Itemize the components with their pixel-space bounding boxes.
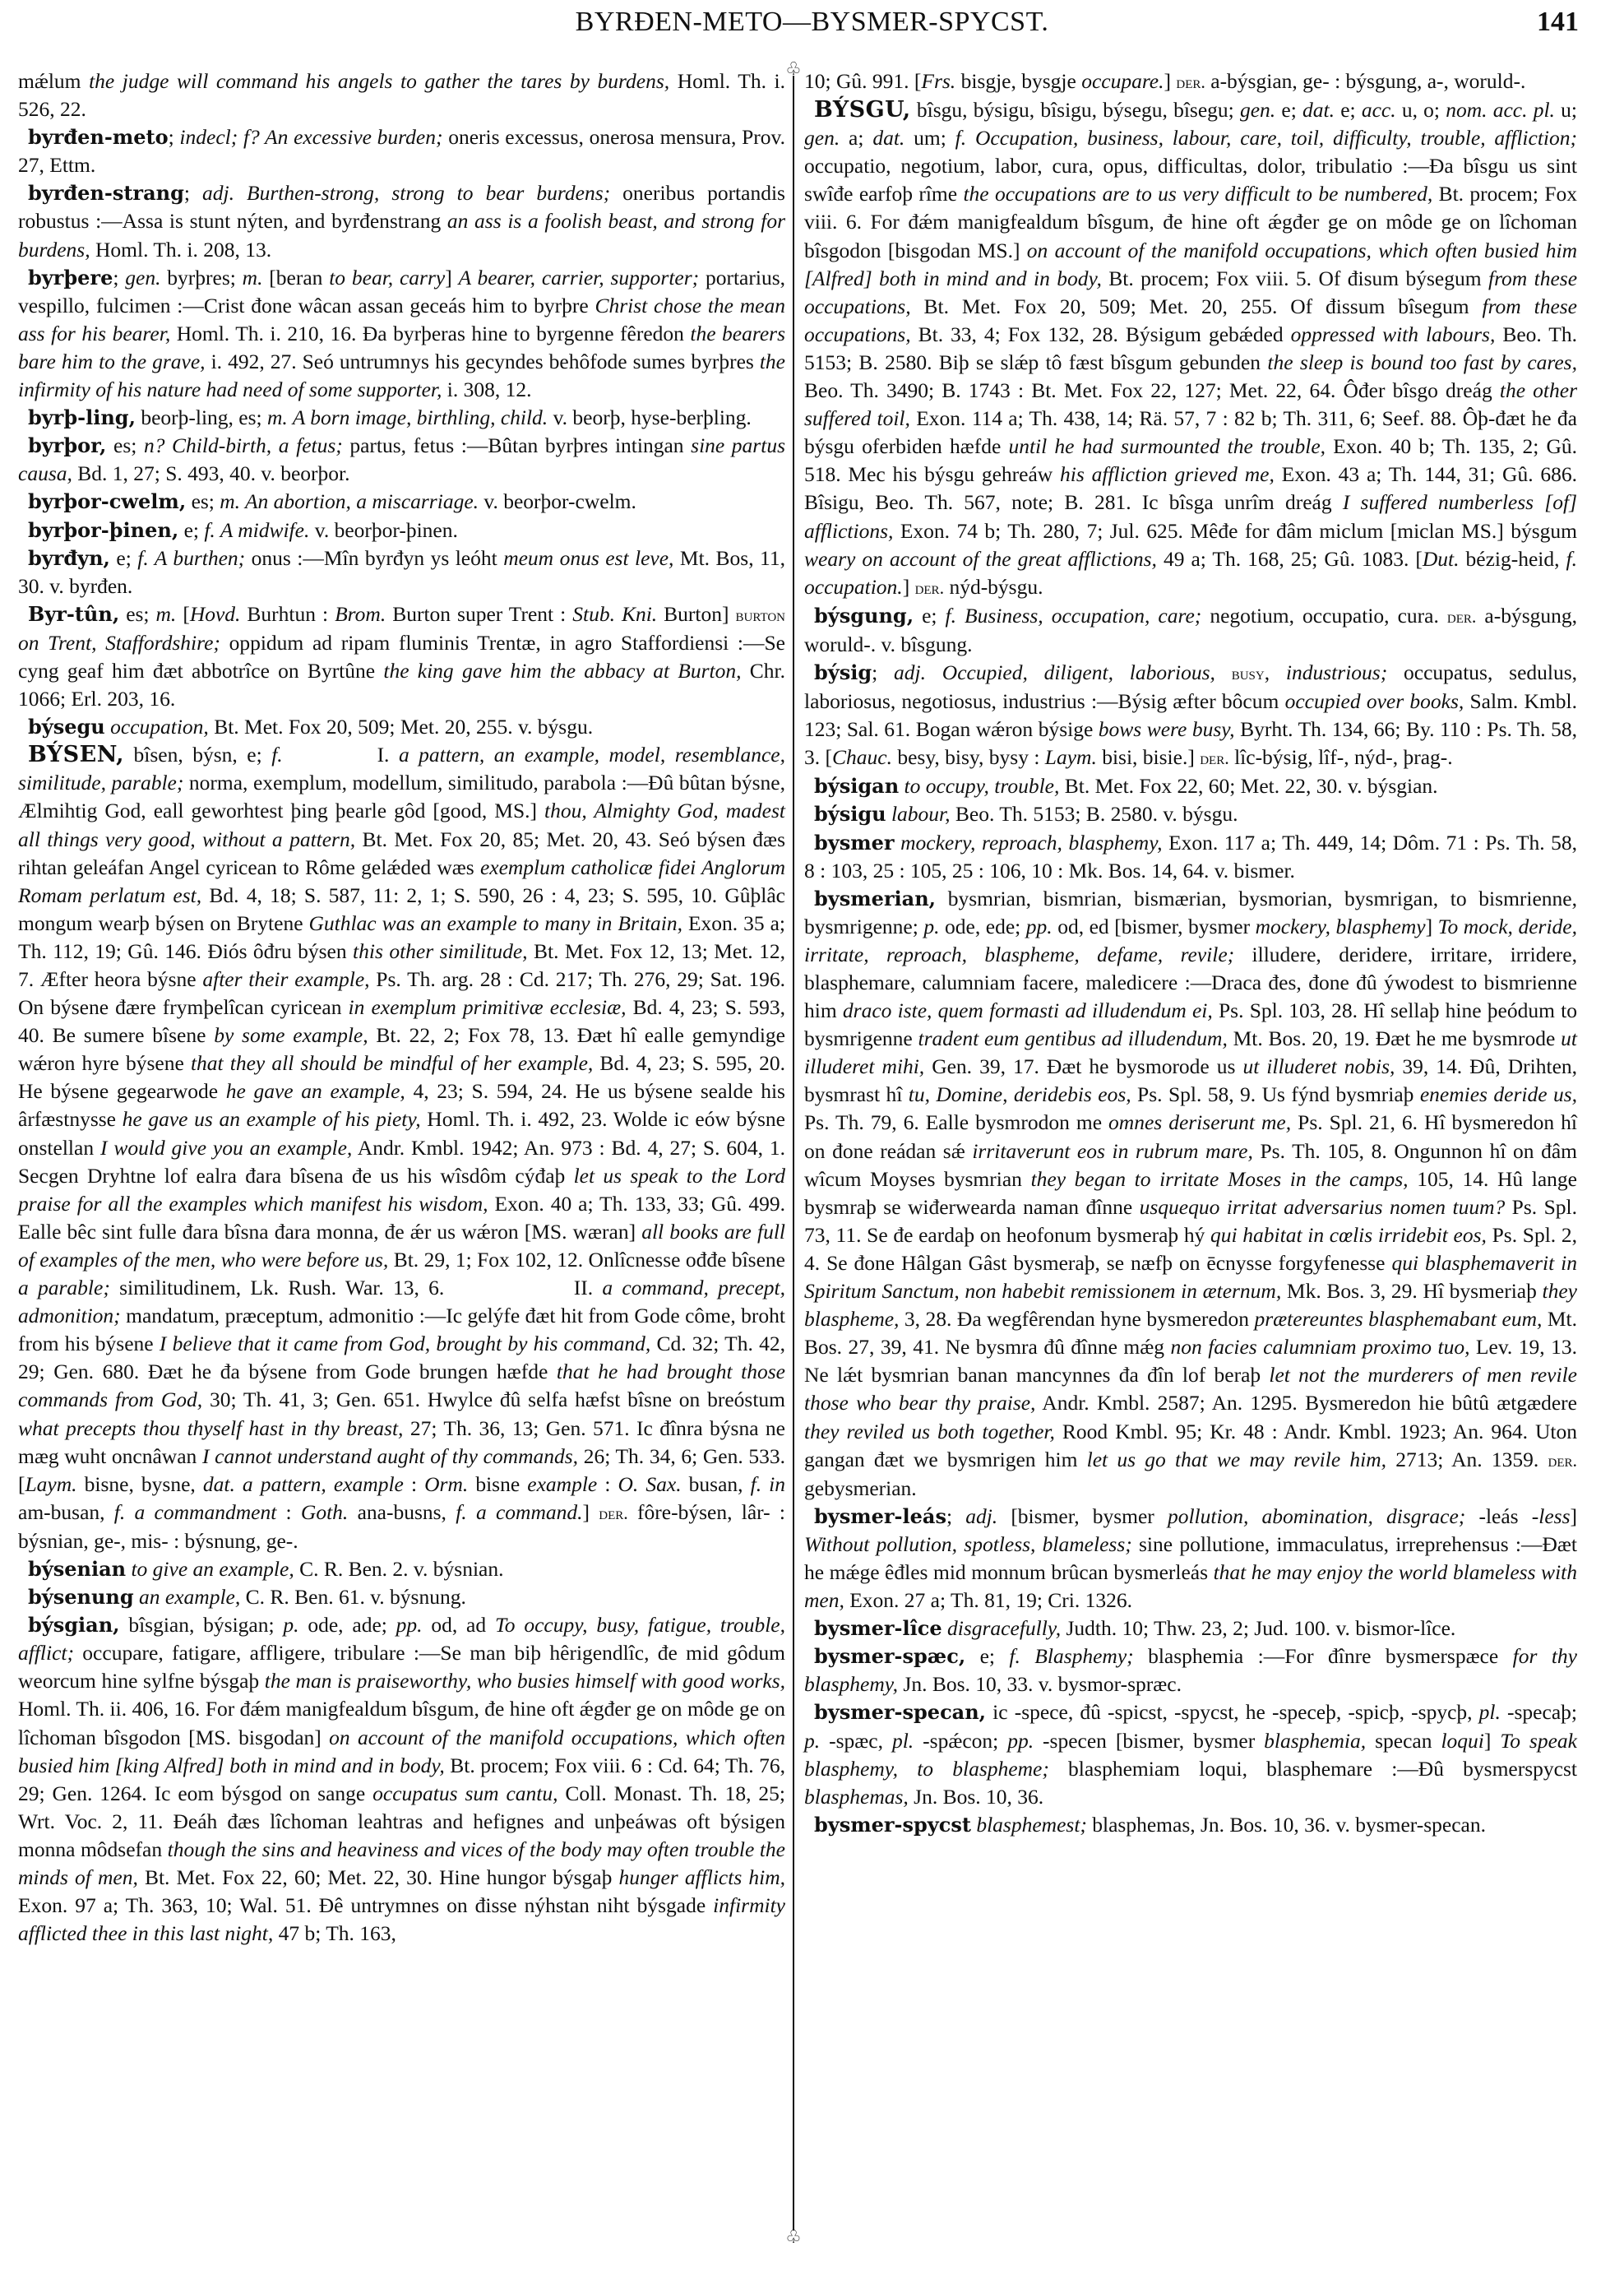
entry-body: 10; Gû. 991. [Frs. bisgje, bysgje occupa… (804, 69, 1525, 93)
entry-body: mǽlum the judge will command his angels … (18, 69, 785, 121)
entry-body: to occupy, trouble, Bt. Met. Fox 22, 60;… (899, 774, 1437, 798)
headword: BÝSGU, (814, 97, 911, 123)
entry-body: ; adj. Occupied, diligent, laborious, bu… (804, 660, 1577, 769)
headword: bysmer-specan, (814, 1700, 986, 1724)
entry-body: es; n? Child-birth, a fetus; partus, fet… (18, 433, 785, 485)
headword: byrđyn, (28, 546, 110, 570)
headword: byrđen-meto (28, 125, 169, 149)
headword: byrþor-þinen, (28, 518, 178, 542)
dictionary-entry: býsenung an example, C. R. Ben. 61. v. b… (18, 1583, 785, 1611)
headword: BÝSEN, (28, 742, 124, 767)
entry-body: e; f. A midwife. v. beorþor-þinen. (178, 518, 458, 542)
dictionary-entry: býsegu occupation, Bt. Met. Fox 20, 509;… (18, 713, 785, 741)
dictionary-entry: býsgung, e; f. Business, occupation, car… (804, 602, 1577, 659)
entry-continuation: mǽlum the judge will command his angels … (18, 67, 785, 123)
dictionary-entry: Byr-tûn, es; m. [Hovd. Burhtun : Brom. B… (18, 600, 785, 713)
page-header: BYRÐEN-METO—BYSMER-SPYCST. 141 (0, 7, 1624, 48)
headword: bysmer (814, 831, 895, 855)
dictionary-entry: bysmer-specan, ic -spece, đû -spicst, -s… (804, 1698, 1577, 1810)
entry-body: es; m. [Hovd. Burhtun : Brom. Burton sup… (18, 602, 785, 711)
headword: bysmer-leás (814, 1504, 946, 1528)
entry-body: e; f. A burthen; onus :—Mîn byrđyn ys le… (18, 546, 785, 598)
dictionary-entry: bysmer mockery, reproach, blasphemy, Exo… (804, 829, 1577, 885)
headword: býsgian, (28, 1613, 120, 1637)
entry-body: bîsgu, býsigu, bîsigu, býsegu, bîsegu; g… (804, 98, 1577, 599)
entry-body: an example, C. R. Ben. 61. v. býsnung. (134, 1585, 466, 1609)
page-number: 141 (1537, 7, 1579, 38)
entry-body: es; m. An abortion, a miscarriage. v. be… (186, 489, 636, 513)
dictionary-entry: byrđyn, e; f. A burthen; onus :—Mîn byrđ… (18, 544, 785, 600)
entry-body: bîsen, býsn, e; f. I. a pattern, an exam… (18, 743, 785, 1553)
dictionary-entry: byrþor-cwelm, es; m. An abortion, a misc… (18, 488, 785, 516)
headword: býsigu (814, 802, 886, 826)
entry-body: bîsgian, býsigan; p. ode, ade; pp. od, a… (18, 1613, 785, 1945)
headword: bysmer-spycst (814, 1813, 971, 1837)
headword: býsig (814, 660, 872, 684)
entry-body: mockery, reproach, blasphemy, Exon. 117 … (804, 831, 1577, 883)
entry-body: disgracefully, Judth. 10; Thw. 23, 2; Ju… (942, 1616, 1456, 1640)
dictionary-entry: bysmer-spycst blasphemest; blasphemas, J… (804, 1811, 1577, 1839)
dictionary-entry: BÝSEN, bîsen, býsn, e; f. I. a pattern, … (18, 741, 785, 1555)
headword: Byr-tûn, (28, 602, 119, 626)
dictionary-entry: bysmer-lîce disgracefully, Judth. 10; Th… (804, 1614, 1577, 1642)
column-divider (793, 76, 794, 2231)
headword: býsegu (28, 715, 105, 739)
dictionary-entry: byrþere; gen. byrþres; m. [beran to bear… (18, 264, 785, 404)
headword: bysmer-spæc, (814, 1644, 965, 1668)
headword: byrþ-ling, (28, 405, 136, 429)
dictionary-entry: byrþor, es; n? Child-birth, a fetus; par… (18, 432, 785, 488)
dictionary-entry: BÝSGU, bîsgu, býsigu, bîsigu, býsegu, bî… (804, 96, 1577, 602)
headword: byrþor, (28, 433, 106, 457)
headword: byrþere (28, 266, 113, 290)
dictionary-entry: býsig; adj. Occupied, diligent, laboriou… (804, 659, 1577, 772)
entry-continuation: 10; Gû. 991. [Frs. bisgje, bysgje occupa… (804, 67, 1577, 96)
dictionary-entry: býsgian, bîsgian, býsigan; p. ode, ade; … (18, 1611, 785, 1948)
entry-body: labour, Beo. Th. 5153; B. 2580. v. býsgu… (886, 802, 1238, 826)
headword: býsgung, (814, 604, 914, 628)
dictionary-entry: bysmer-spæc, e; f. Blasphemy; blasphemia… (804, 1642, 1577, 1698)
running-head: BYRÐEN-METO—BYSMER-SPYCST. (0, 7, 1624, 38)
entry-body: to give an example, C. R. Ben. 2. v. býs… (126, 1557, 503, 1581)
dictionary-entry: býsigu labour, Beo. Th. 5153; B. 2580. v… (804, 800, 1577, 828)
headword: bysmer-lîce (814, 1616, 942, 1640)
headword: byrþor-cwelm, (28, 489, 186, 513)
dictionary-entry: býsenian to give an example, C. R. Ben. … (18, 1555, 785, 1583)
dictionary-entry: byrþ-ling, beorþ-ling, es; m. A born ima… (18, 404, 785, 432)
headword: býsigan (814, 774, 899, 798)
column-ornament-bottom-icon: ♧ (784, 2227, 803, 2247)
entry-body: bysmrian, bismrian, bismærian, bysmorian… (804, 887, 1577, 1500)
dictionary-entry: býsigan to occupy, trouble, Bt. Met. Fox… (804, 772, 1577, 800)
entry-body: ; gen. byrþres; m. [beran to bear, carry… (18, 266, 785, 401)
left-column: mǽlum the judge will command his angels … (18, 67, 785, 1948)
entry-body: e; f. Business, occupation, care; negoti… (804, 604, 1577, 656)
headword: bysmerian, (814, 887, 936, 910)
dictionary-entry: byrđen-strang; adj. Burthen-strong, stro… (18, 179, 785, 263)
entry-body: blasphemest; blasphemas, Jn. Bos. 10, 36… (971, 1813, 1486, 1837)
headword: býsenian (28, 1557, 126, 1581)
right-column: 10; Gû. 991. [Frs. bisgje, bysgje occupa… (804, 67, 1577, 1839)
headword: byrđen-strang (28, 181, 184, 205)
dictionary-entry: byrþor-þinen, e; f. A midwife. v. beorþo… (18, 517, 785, 544)
dictionary-entry: bysmer-leás; adj. [bismer, bysmer pollut… (804, 1503, 1577, 1614)
entry-body: occupation, Bt. Met. Fox 20, 509; Met. 2… (105, 715, 593, 739)
headword: býsenung (28, 1585, 134, 1609)
dictionary-entry: byrđen-meto; indecl; f? An excessive bur… (18, 123, 785, 179)
dictionary-entry: bysmerian, bysmrian, bismrian, bismærian… (804, 885, 1577, 1503)
entry-body: beorþ-ling, es; m. A born image, birthli… (136, 405, 752, 429)
